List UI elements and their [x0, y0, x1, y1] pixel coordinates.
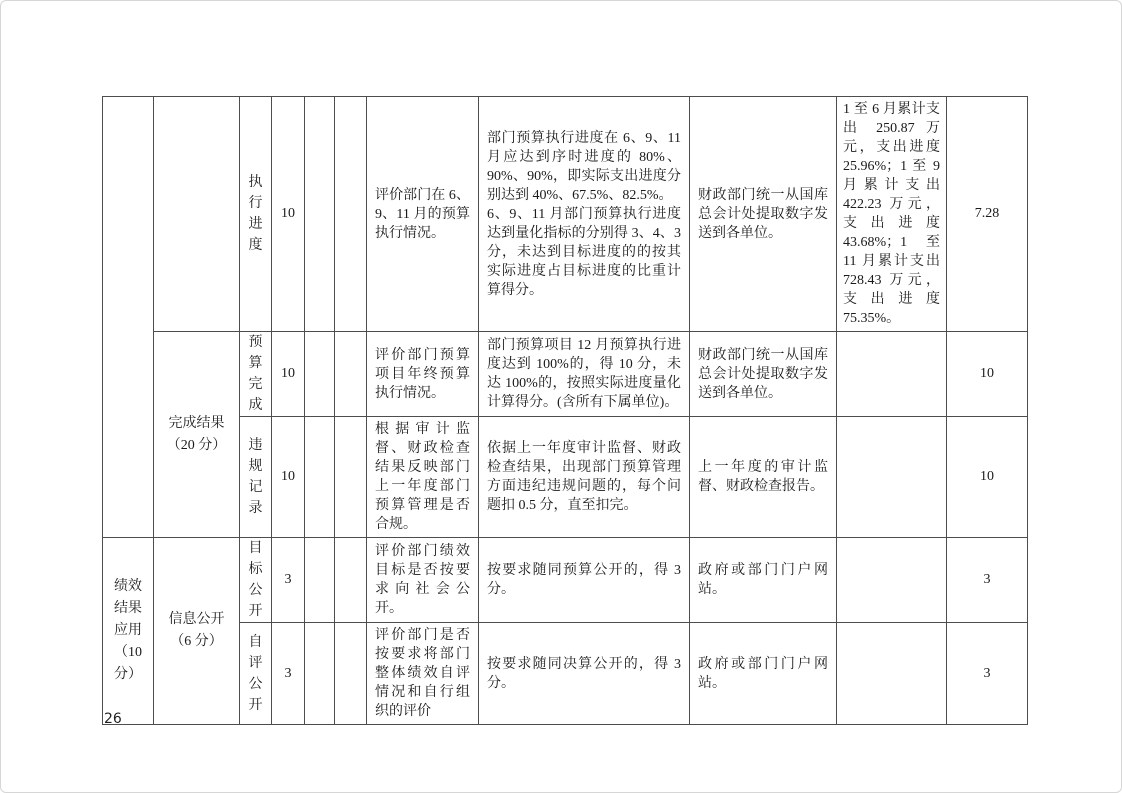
level3-indicator-cell: 违规记录: [240, 417, 272, 538]
evaluation-content-cell: 评价部门是否按要求将部门整体绩效自评情况和自行组织的评价: [367, 623, 479, 725]
data-source-cell: 上一年度的审计监督、财政检查报告。: [690, 417, 837, 538]
table-row: 违规记录 10 根据审计监督、财政检查结果反映部门上一年度部门预算管理是否合规。…: [103, 417, 1028, 538]
level2-indicator-cell: 完成结果 （20 分）: [154, 332, 240, 538]
level1-indicator-label: 绩效 结果 应用 （10 分）: [103, 576, 153, 686]
score-value-cell: 3: [272, 538, 305, 623]
actual-situation-cell: [837, 332, 947, 417]
table-row: 执行进度 10 评价部门在 6、9、11 月的预算执行情况。 部门预算执行进度在…: [103, 97, 1028, 332]
level3-indicator-cell: 自评公开: [240, 623, 272, 725]
scoring-criteria-cell: 按要求随同预算公开的，得 3 分。: [479, 538, 690, 623]
empty-cell: [335, 623, 367, 725]
level1-indicator-cell-empty: [103, 97, 154, 538]
level3-indicator-label: 违规记录: [249, 435, 263, 519]
level3-indicator-cell: 执行进度: [240, 97, 272, 332]
level3-indicator-cell: 预算完成: [240, 332, 272, 417]
table-row: 绩效 结果 应用 （10 分） 信息公开 （6 分） 目标公开 3 评价部门绩效…: [103, 538, 1028, 623]
level2-indicator-label: 信息公开 （6 分）: [154, 609, 239, 653]
empty-cell: [335, 417, 367, 538]
data-source-cell: 政府或部门门户网站。: [690, 538, 837, 623]
table-row: 完成结果 （20 分） 预算完成 10 评价部门预算项目年终预算执行情况。 部门…: [103, 332, 1028, 417]
empty-cell: [305, 623, 335, 725]
level2-indicator-label: 完成结果 （20 分）: [154, 413, 239, 457]
actual-situation-cell: [837, 623, 947, 725]
score-value-cell: 3: [272, 623, 305, 725]
scoring-criteria-cell: 按要求随同决算公开的，得 3 分。: [479, 623, 690, 725]
gained-score-cell: 3: [947, 623, 1028, 725]
data-source-cell: 财政部门统一从国库总会计处提取数字发送到各单位。: [690, 97, 837, 332]
actual-situation-cell: [837, 538, 947, 623]
evaluation-content-cell: 评价部门绩效目标是否按要求向社会公开。: [367, 538, 479, 623]
level3-indicator-label: 自评公开: [249, 632, 263, 716]
document-page: 执行进度 10 评价部门在 6、9、11 月的预算执行情况。 部门预算执行进度在…: [0, 0, 1122, 793]
gained-score-cell: 10: [947, 332, 1028, 417]
empty-cell: [305, 417, 335, 538]
level3-indicator-cell: 目标公开: [240, 538, 272, 623]
score-value-cell: 10: [272, 332, 305, 417]
empty-cell: [305, 332, 335, 417]
level2-indicator-cell: 信息公开 （6 分）: [154, 538, 240, 725]
scoring-criteria-cell: 部门预算执行进度在 6、9、11 月应达到序时进度的 80%、90%、90%，即…: [479, 97, 690, 332]
gained-score-cell: 10: [947, 417, 1028, 538]
scoring-criteria-cell: 依据上一年度审计监督、财政检查结果，出现部门预算管理方面违纪违规问题的，每个问题…: [479, 417, 690, 538]
level3-indicator-label: 执行进度: [249, 172, 263, 256]
empty-cell: [335, 538, 367, 623]
evaluation-content-cell: 评价部门在 6、9、11 月的预算执行情况。: [367, 97, 479, 332]
page-number: 26: [104, 711, 122, 727]
performance-evaluation-table: 执行进度 10 评价部门在 6、9、11 月的预算执行情况。 部门预算执行进度在…: [102, 96, 1028, 725]
level3-indicator-label: 预算完成: [249, 332, 263, 416]
evaluation-content-cell: 根据审计监督、财政检查结果反映部门上一年度部门预算管理是否合规。: [367, 417, 479, 538]
score-value-cell: 10: [272, 97, 305, 332]
data-source-cell: 政府或部门门户网站。: [690, 623, 837, 725]
data-source-cell: 财政部门统一从国库总会计处提取数字发送到各单位。: [690, 332, 837, 417]
actual-situation-cell: [837, 417, 947, 538]
table-row: 自评公开 3 评价部门是否按要求将部门整体绩效自评情况和自行组织的评价 按要求随…: [103, 623, 1028, 725]
evaluation-content-cell: 评价部门预算项目年终预算执行情况。: [367, 332, 479, 417]
gained-score-cell: 7.28: [947, 97, 1028, 332]
score-value-cell: 10: [272, 417, 305, 538]
level2-indicator-cell-empty: [154, 97, 240, 332]
gained-score-cell: 3: [947, 538, 1028, 623]
empty-cell: [335, 332, 367, 417]
empty-cell: [305, 97, 335, 332]
empty-cell: [305, 538, 335, 623]
empty-cell: [335, 97, 367, 332]
level1-indicator-cell: 绩效 结果 应用 （10 分）: [103, 538, 154, 725]
actual-situation-cell: 1 至 6 月累计支出 250.87 万元，支出进度 25.96%；1 至 9 …: [837, 97, 947, 332]
level3-indicator-label: 目标公开: [249, 538, 263, 622]
scoring-criteria-cell: 部门预算项目 12 月预算执行进度达到 100%的，得 10 分，未达 100%…: [479, 332, 690, 417]
